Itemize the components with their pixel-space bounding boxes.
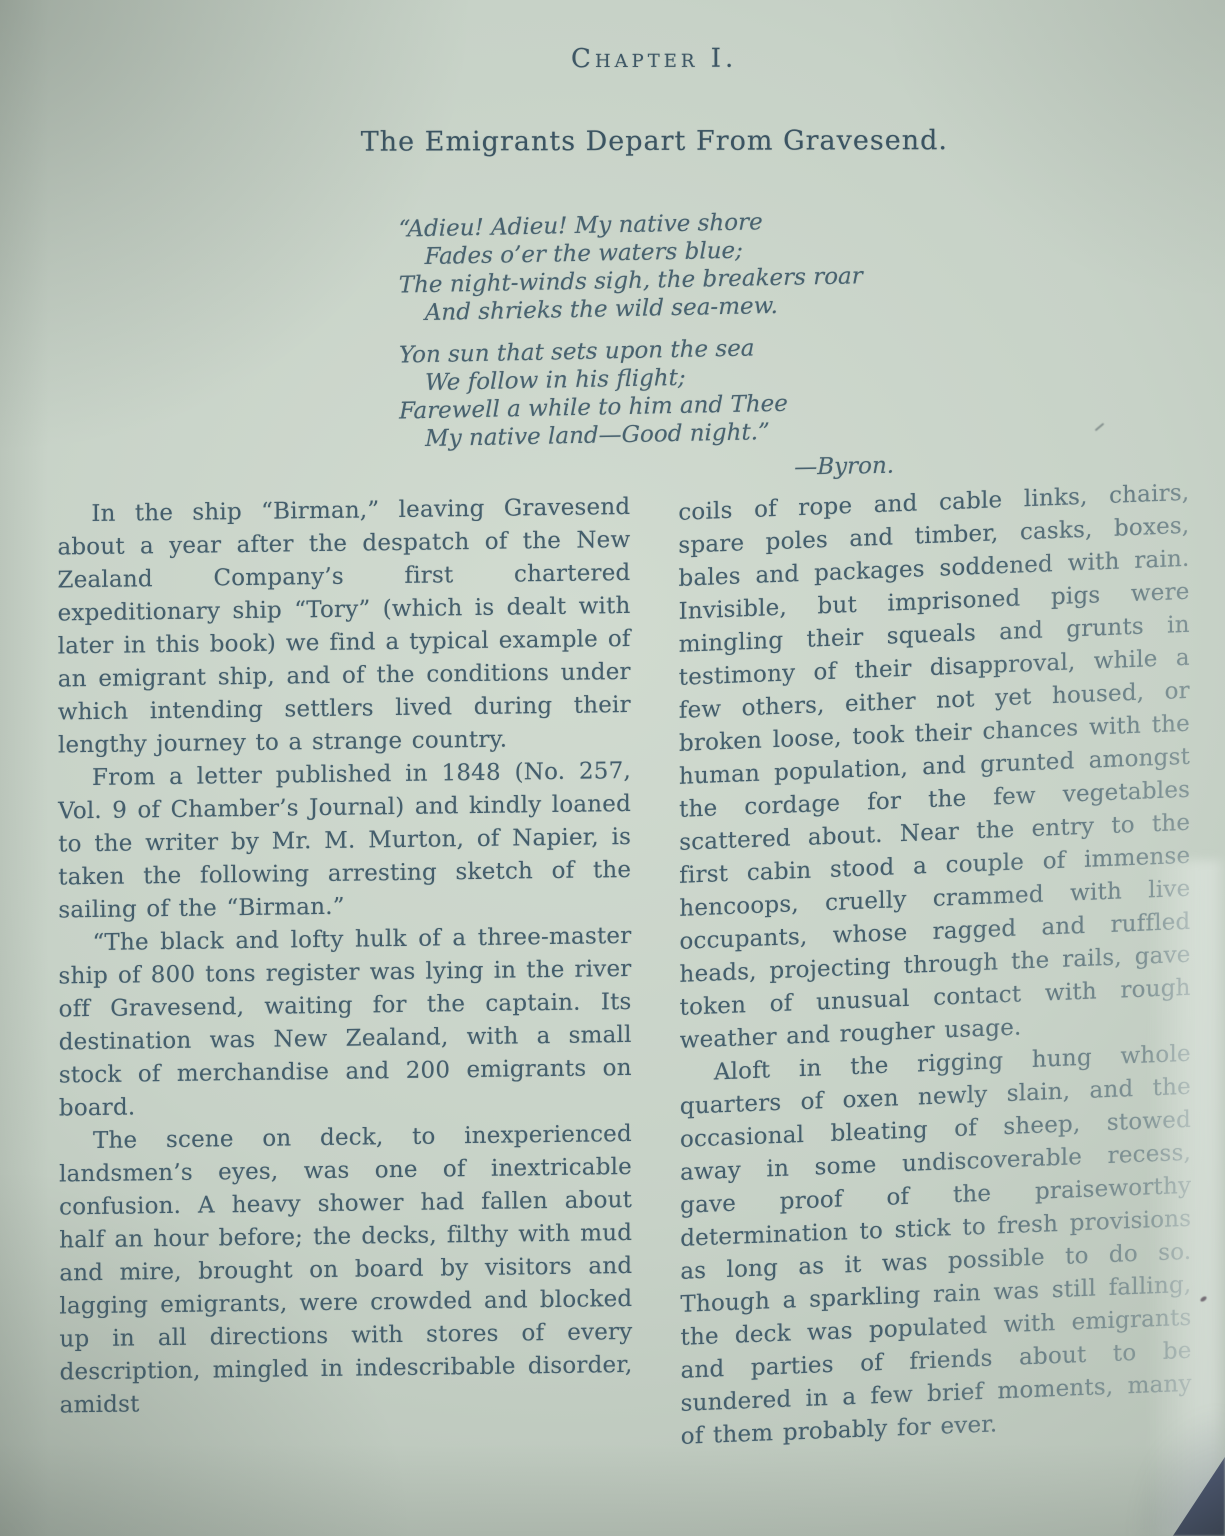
right-column: coils of rope and cable links, chairs, s… (678, 477, 1192, 1454)
poem-stanza-2: Yon sun that sets upon the sea We follow… (399, 326, 1189, 454)
text-columns: In the ship “Birman,” leaving Gravesend … (57, 495, 1192, 1455)
poem-stanza-1: “Adieu! Adieu! My native shore Fades o’e… (399, 200, 1189, 328)
chapter-title: The Emigrants Depart From Gravesend. (88, 124, 1220, 158)
paragraph: In the ship “Birman,” leaving Gravesend … (57, 491, 631, 762)
book-page-photo: Chapter I. The Emigrants Depart From Gra… (0, 0, 1225, 1536)
poem-attribution: —Byron. (794, 446, 1189, 482)
paragraph: “The black and lofty hulk of a three-mas… (58, 920, 631, 1125)
paragraph: Aloft in the rigging hung whole quarters… (680, 1038, 1192, 1454)
paragraph: From a letter published in 1848 (No. 257… (58, 755, 631, 927)
left-column: In the ship “Birman,” leaving Gravesend … (57, 491, 632, 1455)
epigraph-poem: “Adieu! Adieu! My native shore Fades o’e… (399, 200, 1190, 490)
chapter-heading: Chapter I. (88, 42, 1220, 75)
paragraph-continuation: coils of rope and cable links, chairs, s… (678, 477, 1190, 1058)
page-content: Chapter I. The Emigrants Depart From Gra… (0, 0, 1225, 1536)
paragraph: The scene on deck, to inexperienced land… (59, 1118, 633, 1422)
